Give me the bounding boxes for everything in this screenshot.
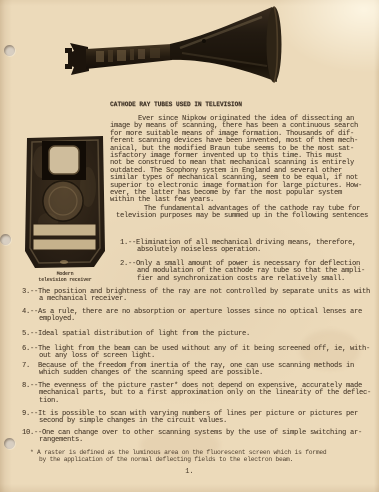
advantage-item-1: 1.--Elimination of all mechanical drivin… <box>120 240 379 255</box>
advantage-item-3: 3.--The position and brightness of the r… <box>22 289 379 304</box>
cathode-ray-tube-photo <box>62 1 302 91</box>
hole-punch-top <box>4 45 15 56</box>
document-heading: CATHODE RAY TUBES USED IN TELEVISION <box>110 101 242 108</box>
scanned-document-page: { "doc": { "heading": "CATHODE RAY TUBES… <box>0 0 379 492</box>
advantage-item-9: 9.--It is possible to scan with varying … <box>22 411 379 426</box>
base-knob <box>60 260 68 264</box>
anode-button <box>202 39 206 43</box>
tube-face <box>267 7 282 83</box>
louver-slat <box>33 239 96 250</box>
advantage-item-6: 6.--The light from the beam can be used … <box>22 346 379 361</box>
advantage-item-2: 2.--Only a small amount of power is nece… <box>120 261 379 283</box>
tv-photo-caption: Modern television receiver <box>16 271 114 283</box>
tube-base <box>68 43 89 75</box>
hole-punch-bottom <box>4 438 15 449</box>
raster-footnote: * A raster is defined as the luminous ar… <box>30 450 369 464</box>
advantage-item-8: 8.--The evenness of the picture raster* … <box>22 383 379 405</box>
page-number: 1. <box>0 468 379 476</box>
hole-punch-middle <box>0 234 11 245</box>
intro-paragraph: Ever since Nipkow originated the idea of… <box>110 116 376 205</box>
advantage-item-7: 7. Because of the freedom from inertia o… <box>22 363 379 378</box>
louver-slat <box>33 224 96 236</box>
advantages-intro: The fundamental advantages of the cathod… <box>116 206 379 221</box>
television-receiver-photo <box>18 132 112 274</box>
advantage-item-10: 10.--One can change over to other scanni… <box>22 430 379 445</box>
advantage-item-4: 4.--As a rule, there are no absorption o… <box>22 309 379 324</box>
tv-screen <box>49 146 79 174</box>
advantage-item-5: 5.--Ideal spatial distribution of light … <box>22 331 379 338</box>
